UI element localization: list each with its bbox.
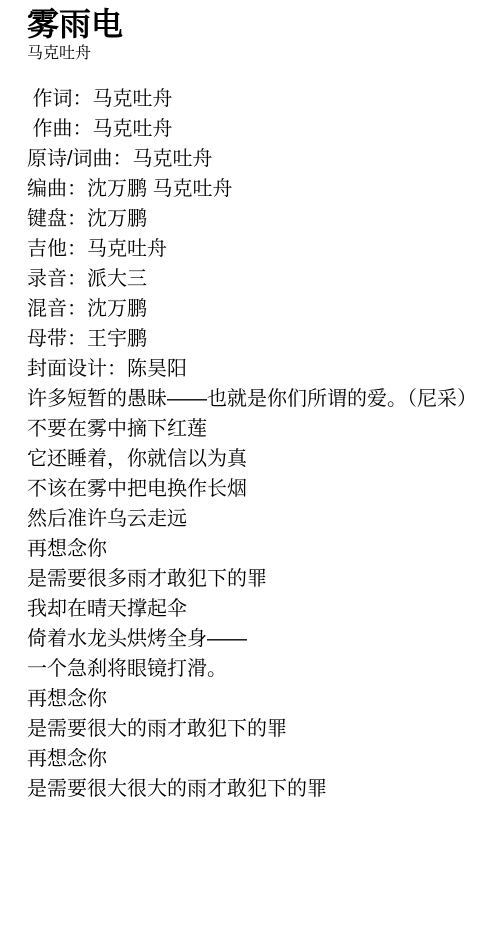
lyric-line: 键盘：沈万鹏 bbox=[27, 204, 500, 234]
song-title: 雾雨电 bbox=[27, 6, 500, 43]
lyric-line: 再想念你 bbox=[27, 684, 500, 714]
lyric-line: 是需要很多雨才敢犯下的罪 bbox=[27, 564, 500, 594]
lyric-line: 母带：王宇鹏 bbox=[27, 324, 500, 354]
lyric-line: 再想念你 bbox=[27, 534, 500, 564]
artist-name: 马克吐舟 bbox=[27, 44, 500, 63]
lyric-line: 不要在雾中摘下红莲 bbox=[27, 414, 500, 444]
lyric-line: 不该在雾中把电换作长烟 bbox=[27, 474, 500, 504]
lyric-line: 作词：马克吐舟 bbox=[27, 84, 500, 114]
lyric-line: 倚着水龙头烘烤全身—— bbox=[27, 624, 500, 654]
lyric-line: 许多短暂的愚昧——也就是你们所谓的爱。（尼采） bbox=[27, 384, 500, 414]
lyric-line: 作曲：马克吐舟 bbox=[27, 114, 500, 144]
lyric-line: 封面设计：陈昊阳 bbox=[27, 354, 500, 384]
lyric-line: 编曲：沈万鹏 马克吐舟 bbox=[27, 174, 500, 204]
lyric-line: 一个急刹将眼镜打滑。 bbox=[27, 654, 500, 684]
lyric-line: 录音：派大三 bbox=[27, 264, 500, 294]
lyric-line: 我却在晴天撑起伞 bbox=[27, 594, 500, 624]
lyric-line: 混音：沈万鹏 bbox=[27, 294, 500, 324]
lyric-line: 然后准许乌云走远 bbox=[27, 504, 500, 534]
lyrics-block: 作词：马克吐舟 作曲：马克吐舟原诗/词曲：马克吐舟编曲：沈万鹏 马克吐舟键盘：沈… bbox=[27, 84, 500, 804]
lyric-line: 再想念你 bbox=[27, 744, 500, 774]
lyric-line: 原诗/词曲：马克吐舟 bbox=[27, 144, 500, 174]
lyric-line: 吉他：马克吐舟 bbox=[27, 234, 500, 264]
lyric-line: 它还睡着，你就信以为真 bbox=[27, 444, 500, 474]
lyric-line: 是需要很大的雨才敢犯下的罪 bbox=[27, 714, 500, 744]
lyric-line: 是需要很大很大的雨才敢犯下的罪 bbox=[27, 774, 500, 804]
lyrics-page: 雾雨电 马克吐舟 作词：马克吐舟 作曲：马克吐舟原诗/词曲：马克吐舟编曲：沈万鹏… bbox=[0, 0, 500, 804]
